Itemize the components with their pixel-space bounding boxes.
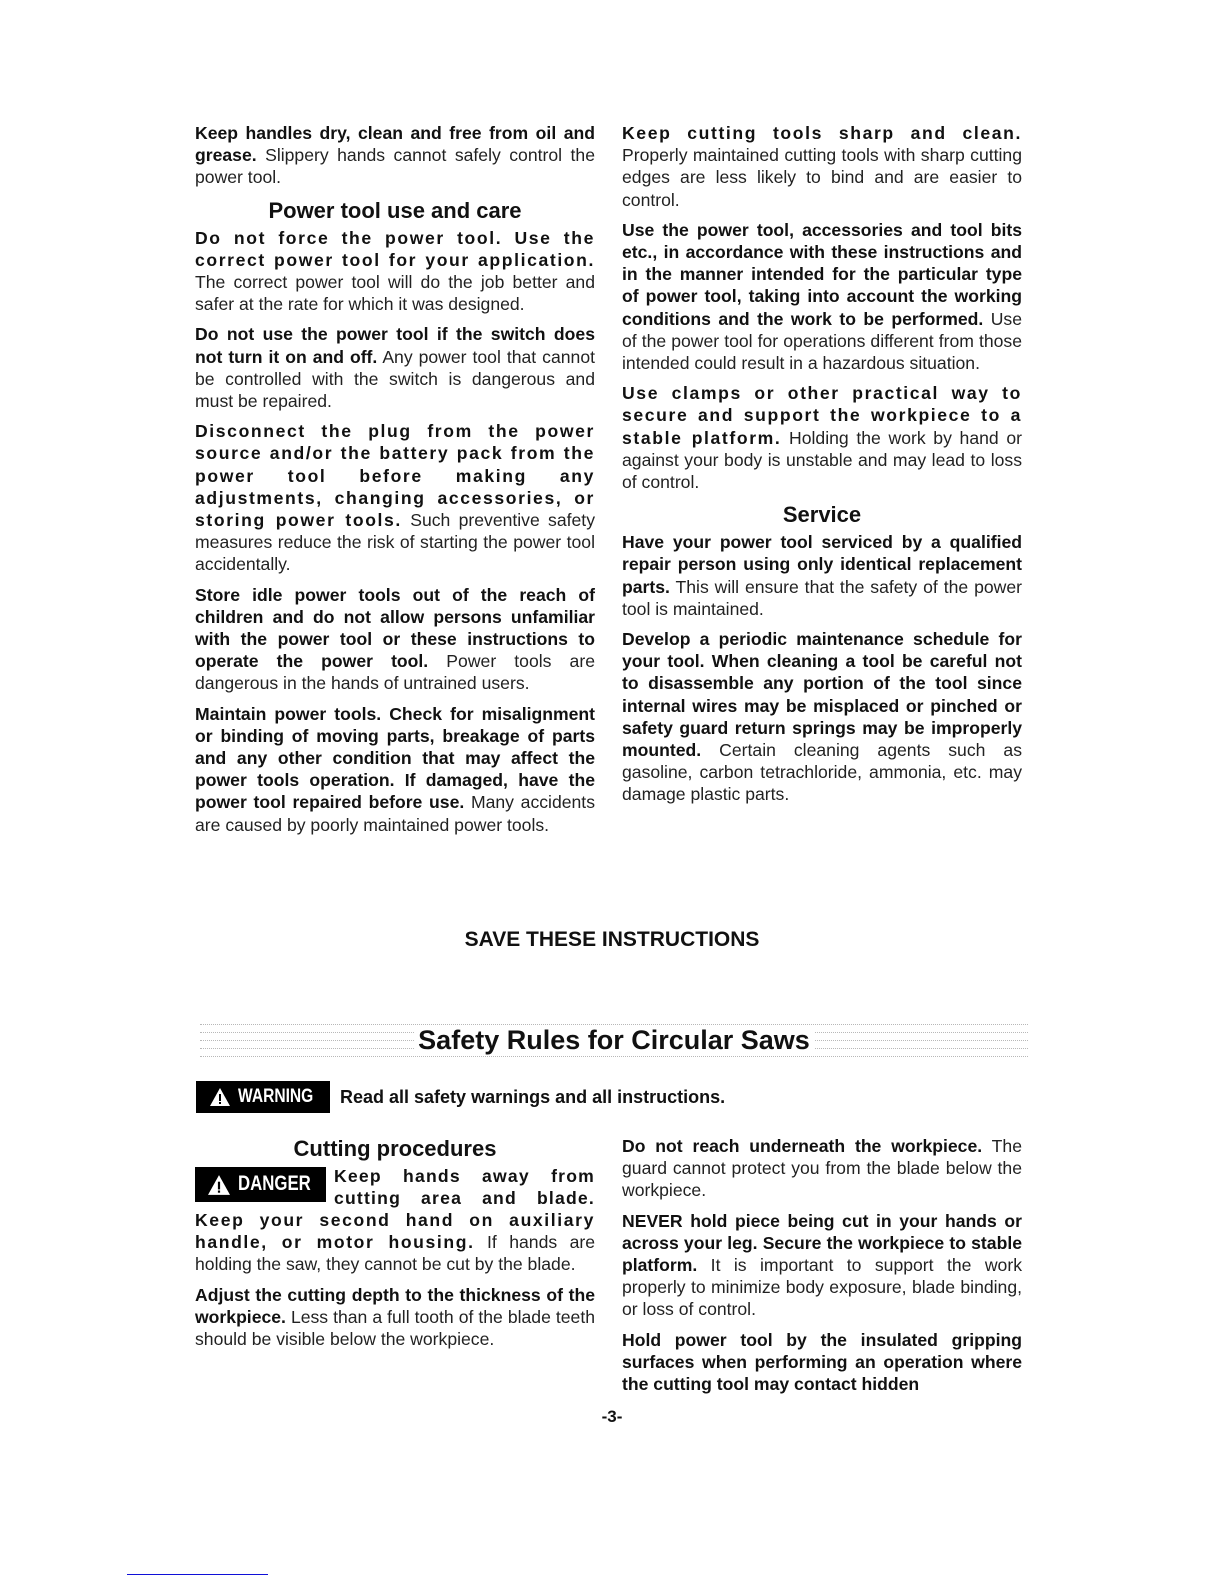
paragraph-disconnect-plug: Disconnect the plug from the power sourc… (195, 420, 595, 575)
paragraph-store-idle: Store idle power tools out of the reach … (195, 584, 595, 695)
paragraph-lead: Keep cutting tools sharp and clean. (622, 123, 1022, 143)
danger-text: Keep hands away from cutting area and bl… (334, 1165, 595, 1209)
top-left-column: Keep handles dry, clean and free from oi… (195, 122, 595, 844)
paragraph-keep-sharp: Keep cutting tools sharp and clean. Prop… (622, 122, 1022, 211)
paragraph-serviced: Have your power tool serviced by a quali… (622, 531, 1022, 620)
paragraph-do-not-force: Do not force the power tool. Use the cor… (195, 227, 595, 316)
paragraph-lead: Do not force the power tool. Use the cor… (195, 228, 595, 270)
footer-rule (127, 1574, 268, 1575)
paragraph-insulated-grip: Hold power tool by the insulated grippin… (622, 1329, 1022, 1396)
section-banner: Safety Rules for Circular Saws (200, 1020, 1028, 1060)
danger-badge: DANGER (195, 1167, 326, 1202)
section-heading-power-tool-use: Power tool use and care (195, 197, 595, 225)
banner-title-wrap: Safety Rules for Circular Saws (200, 1022, 1028, 1058)
danger-row: DANGER Keep hands away from cutting area… (195, 1165, 595, 1209)
section-heading-service: Service (622, 501, 1022, 529)
paragraph-maintain: Maintain power tools. Check for misalign… (195, 703, 595, 836)
paragraph-body: Properly maintained cutting tools with s… (622, 145, 1022, 209)
banner-title: Safety Rules for Circular Saws (414, 1025, 814, 1055)
paragraph-handles-dry: Keep handles dry, clean and free from oi… (195, 122, 595, 189)
paragraph-second-hand: Keep your second hand on auxiliary handl… (195, 1209, 595, 1276)
page-number: -3- (0, 1407, 1224, 1427)
warning-triangle-icon (208, 1175, 230, 1195)
paragraph-use-clamps: Use clamps or other practical way to sec… (622, 382, 1022, 493)
warning-badge-label: WARNING (238, 1086, 313, 1108)
save-instructions-heading: SAVE THESE INSTRUCTIONS (0, 928, 1224, 952)
bottom-left-column: Cutting procedures DANGER Keep hands awa… (195, 1135, 595, 1358)
warning-badge: WARNING (196, 1081, 330, 1113)
top-right-column: Keep cutting tools sharp and clean. Prop… (622, 122, 1022, 814)
paragraph-cutting-depth: Adjust the cutting depth to the thicknes… (195, 1284, 595, 1351)
warning-text: Read all safety warnings and all instruc… (340, 1087, 725, 1108)
danger-badge-label: DANGER (238, 1173, 311, 1195)
paragraph-body: The correct power tool will do the job b… (195, 272, 595, 314)
paragraph-lead: Hold power tool by the insulated grippin… (622, 1330, 1022, 1394)
paragraph-underneath: Do not reach underneath the workpiece. T… (622, 1135, 1022, 1202)
paragraph-lead: Do not reach underneath the workpiece. (622, 1136, 982, 1156)
paragraph-switch: Do not use the power tool if the switch … (195, 323, 595, 412)
paragraph-lead: Use the power tool, accessories and tool… (622, 220, 1022, 329)
warning-triangle-icon (210, 1088, 230, 1106)
paragraph-use-accessories: Use the power tool, accessories and tool… (622, 219, 1022, 374)
paragraph-body: This will ensure that the safety of the … (622, 577, 1022, 619)
section-heading-cutting-procedures: Cutting procedures (195, 1135, 595, 1163)
paragraph-maintenance-schedule: Develop a periodic maintenance schedule … (622, 628, 1022, 806)
warning-row: WARNING Read all safety warnings and all… (196, 1081, 725, 1113)
bottom-right-column: Do not reach underneath the workpiece. T… (622, 1135, 1022, 1403)
paragraph-never-hold: NEVER hold piece being cut in your hands… (622, 1210, 1022, 1321)
